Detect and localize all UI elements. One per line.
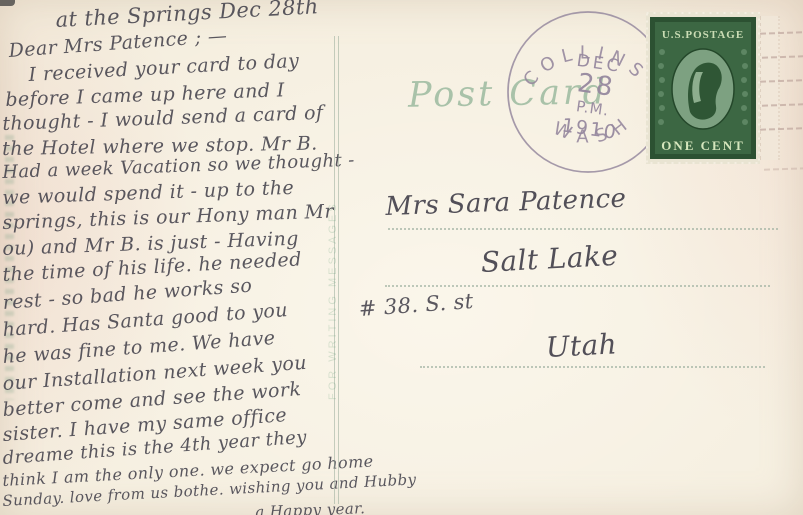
cancellation-line (762, 55, 803, 58)
message-line: a Happy year. (255, 499, 366, 515)
corner-mark (0, 0, 15, 6)
address-line-rule (420, 366, 765, 368)
address-line-rule (385, 285, 770, 287)
cancellation-line (760, 31, 802, 34)
address-city: Salt Lake (480, 239, 619, 279)
cancellation-line (760, 79, 802, 82)
stamp-perforation-strip (758, 16, 780, 160)
cancellation-line (762, 103, 803, 106)
address-state: Utah (545, 327, 618, 364)
cancellation-line (764, 167, 803, 170)
address-line-rule (388, 228, 778, 230)
stamp-bottom-label: ONE CENT (661, 138, 745, 153)
stamp-top-label: U.S.POSTAGE (662, 29, 744, 41)
cancellation-line (760, 127, 802, 130)
divider-faint-text: FOR WRITING MESSAGES (327, 230, 339, 400)
address-name: Mrs Sara Patence (385, 184, 627, 222)
postage-stamp: U.S.POSTAGE ONE CENT (646, 12, 760, 168)
address-street: # 38. S. st (358, 289, 474, 321)
postcard-scan: at the Springs Dec 28th Dear Mrs Patence… (0, 0, 803, 515)
